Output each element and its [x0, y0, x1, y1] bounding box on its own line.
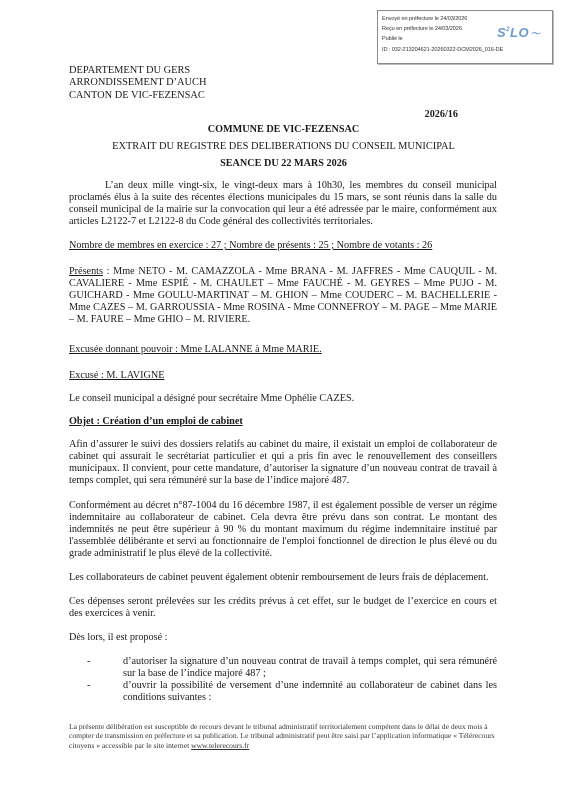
objet: Objet : Création d’un emploi de cabinet: [69, 416, 497, 428]
excusee-pouvoir: Excusée donnant pouvoir : Mme LALANNE à …: [69, 344, 497, 356]
paragraph-1: Afin d’assurer le suivi des dossiers rel…: [69, 439, 497, 487]
list-item: -d’ouvrir la possibilité de versement d’…: [87, 680, 497, 704]
header-departement: DEPARTEMENT DU GERS: [69, 65, 207, 77]
deliberation-number: 2026/16: [425, 109, 458, 121]
commune-title: COMMUNE DE VIC-FEZENSAC: [0, 124, 567, 136]
excuse: Excusé : M. LAVIGNE: [69, 370, 497, 382]
prefecture-stamp: Envoyé en préfecture le 24/03/2026 Reçu …: [377, 10, 553, 64]
swoosh-icon: 〜: [530, 29, 541, 40]
presents-label: Présents: [69, 266, 103, 277]
objet-text: Objet : Création d’un emploi de cabinet: [69, 416, 243, 427]
presents-paragraph: Présents : Mme NETO - M. CAMAZZOLA - Mme…: [69, 266, 497, 326]
dash-bullet: -: [87, 656, 90, 668]
secretaire: Le conseil municipal a désigné pour secr…: [69, 393, 497, 405]
logo-s: S: [497, 25, 506, 40]
footer-notice: La présente délibération est susceptible…: [69, 722, 509, 750]
seance-title: SEANCE DU 22 MARS 2026: [0, 158, 567, 170]
footer-text: La présente délibération est susceptible…: [69, 722, 495, 750]
paragraph-2: Conformément au décret n°87-1004 du 16 d…: [69, 500, 497, 560]
paragraph-4: Ces dépenses seront prélevées sur les cr…: [69, 596, 497, 620]
administrative-header: DEPARTEMENT DU GERS ARRONDISSEMENT D’AUC…: [69, 65, 207, 102]
list-item-text: d’ouvrir la possibilité de versement d’u…: [123, 680, 497, 703]
extrait-title: EXTRAIT DU REGISTRE DES DELIBERATIONS DU…: [0, 141, 567, 153]
stamp-id: ID : 032-213204621-20260322-DCM2026_016-…: [382, 45, 552, 55]
telerecours-link[interactable]: www.telerecours.fr: [191, 741, 249, 750]
excusee-pouvoir-text: Excusée donnant pouvoir : Mme LALANNE à …: [69, 344, 322, 355]
dash-bullet: -: [87, 680, 90, 692]
paragraph-3: Les collaborateurs de cabinet peuvent ég…: [69, 572, 497, 584]
excuse-text: Excusé : M. LAVIGNE: [69, 370, 164, 381]
header-arrondissement: ARRONDISSEMENT D’AUCH: [69, 77, 207, 89]
stamp-sent-date: Envoyé en préfecture le 24/03/2026: [382, 14, 552, 24]
logo-lo: LO: [510, 25, 529, 40]
list-item: -d’autoriser la signature d’un nouveau c…: [87, 656, 497, 680]
proposal-list: -d’autoriser la signature d’un nouveau c…: [87, 656, 497, 704]
s2lo-logo: S2LO〜: [497, 25, 541, 40]
header-canton: CANTON DE VIC-FEZENSAC: [69, 90, 207, 102]
paragraph-5: Dès lors, il est proposé :: [69, 632, 497, 644]
presents-list: : Mme NETO - M. CAMAZZOLA - Mme BRANA - …: [69, 266, 497, 325]
member-counts: Nombre de membres en exercice : 27 ; Nom…: [69, 240, 497, 252]
list-item-text: d’autoriser la signature d’un nouveau co…: [123, 656, 497, 679]
intro-paragraph: L’an deux mille vingt-six, le vingt-deux…: [69, 180, 497, 228]
